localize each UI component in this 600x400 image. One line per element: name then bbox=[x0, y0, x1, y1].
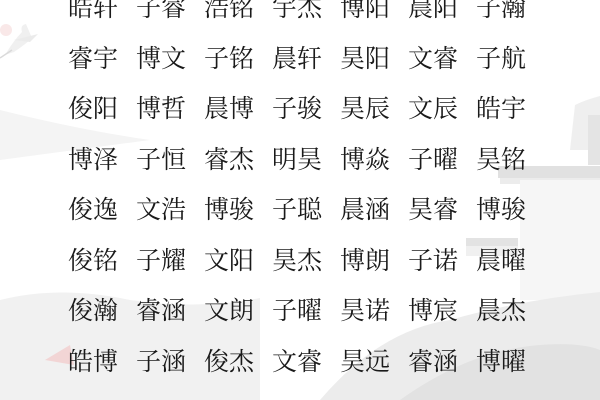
name-cell: 俊逸 bbox=[68, 193, 136, 244]
name-cell: 晨杰 bbox=[476, 294, 544, 345]
name-cell: 昊辰 bbox=[340, 92, 408, 143]
name-cell: 明昊 bbox=[272, 143, 340, 194]
name-cell: 昊铭 bbox=[476, 143, 544, 194]
name-cell: 俊瀚 bbox=[68, 294, 136, 345]
name-cell: 昊远 bbox=[340, 345, 408, 396]
name-cell: 晨轩 bbox=[272, 42, 340, 93]
plum-blossom-icon bbox=[0, 24, 12, 36]
name-cell: 浩铭 bbox=[204, 0, 272, 42]
name-cell: 博骏 bbox=[476, 193, 544, 244]
name-cell: 文睿 bbox=[408, 42, 476, 93]
name-cell: 昊睿 bbox=[408, 193, 476, 244]
name-cell: 子聪 bbox=[272, 193, 340, 244]
name-cell: 皓轩 bbox=[68, 0, 136, 42]
name-cell: 博焱 bbox=[340, 143, 408, 194]
name-cell: 晨博 bbox=[204, 92, 272, 143]
name-cell: 博曜 bbox=[476, 345, 544, 396]
name-cell: 皓宇 bbox=[476, 92, 544, 143]
name-cell: 子曜 bbox=[272, 294, 340, 345]
name-cell: 子航 bbox=[476, 42, 544, 93]
name-cell: 博哲 bbox=[136, 92, 204, 143]
name-cell: 睿涵 bbox=[136, 294, 204, 345]
name-cell: 子诺 bbox=[408, 244, 476, 295]
name-cell: 皓博 bbox=[68, 345, 136, 396]
name-grid: 皓轩 子睿 浩铭 宇杰 博阳 晨阳 子瀚 睿宇 博文 子铭 晨轩 昊阳 文睿 子… bbox=[68, 0, 544, 395]
name-cell: 博文 bbox=[136, 42, 204, 93]
name-cell: 子涵 bbox=[136, 345, 204, 396]
name-cell: 子瀚 bbox=[476, 0, 544, 42]
name-cell: 博朗 bbox=[340, 244, 408, 295]
name-cell: 睿宇 bbox=[68, 42, 136, 93]
name-cell: 博宸 bbox=[408, 294, 476, 345]
name-cell: 昊阳 bbox=[340, 42, 408, 93]
name-cell: 晨曜 bbox=[476, 244, 544, 295]
name-cell: 晨涵 bbox=[340, 193, 408, 244]
name-cell: 博骏 bbox=[204, 193, 272, 244]
name-cell: 昊诺 bbox=[340, 294, 408, 345]
name-cell: 博阳 bbox=[340, 0, 408, 42]
name-cell: 宇杰 bbox=[272, 0, 340, 42]
crane-icon bbox=[0, 24, 38, 58]
name-cell: 俊杰 bbox=[204, 345, 272, 396]
name-cell: 文阳 bbox=[204, 244, 272, 295]
name-cell: 子睿 bbox=[136, 0, 204, 42]
name-cell: 睿杰 bbox=[204, 143, 272, 194]
name-cell: 晨阳 bbox=[408, 0, 476, 42]
name-cell: 博泽 bbox=[68, 143, 136, 194]
name-cell: 昊杰 bbox=[272, 244, 340, 295]
name-cell: 俊铭 bbox=[68, 244, 136, 295]
name-cell: 文辰 bbox=[408, 92, 476, 143]
name-cell: 文浩 bbox=[136, 193, 204, 244]
name-cell: 文朗 bbox=[204, 294, 272, 345]
name-cell: 俊阳 bbox=[68, 92, 136, 143]
name-cell: 睿涵 bbox=[408, 345, 476, 396]
name-cell: 子铭 bbox=[204, 42, 272, 93]
name-cell: 文睿 bbox=[272, 345, 340, 396]
name-cell: 子骏 bbox=[272, 92, 340, 143]
name-cell: 子恒 bbox=[136, 143, 204, 194]
name-cell: 子耀 bbox=[136, 244, 204, 295]
name-cell: 子曜 bbox=[408, 143, 476, 194]
